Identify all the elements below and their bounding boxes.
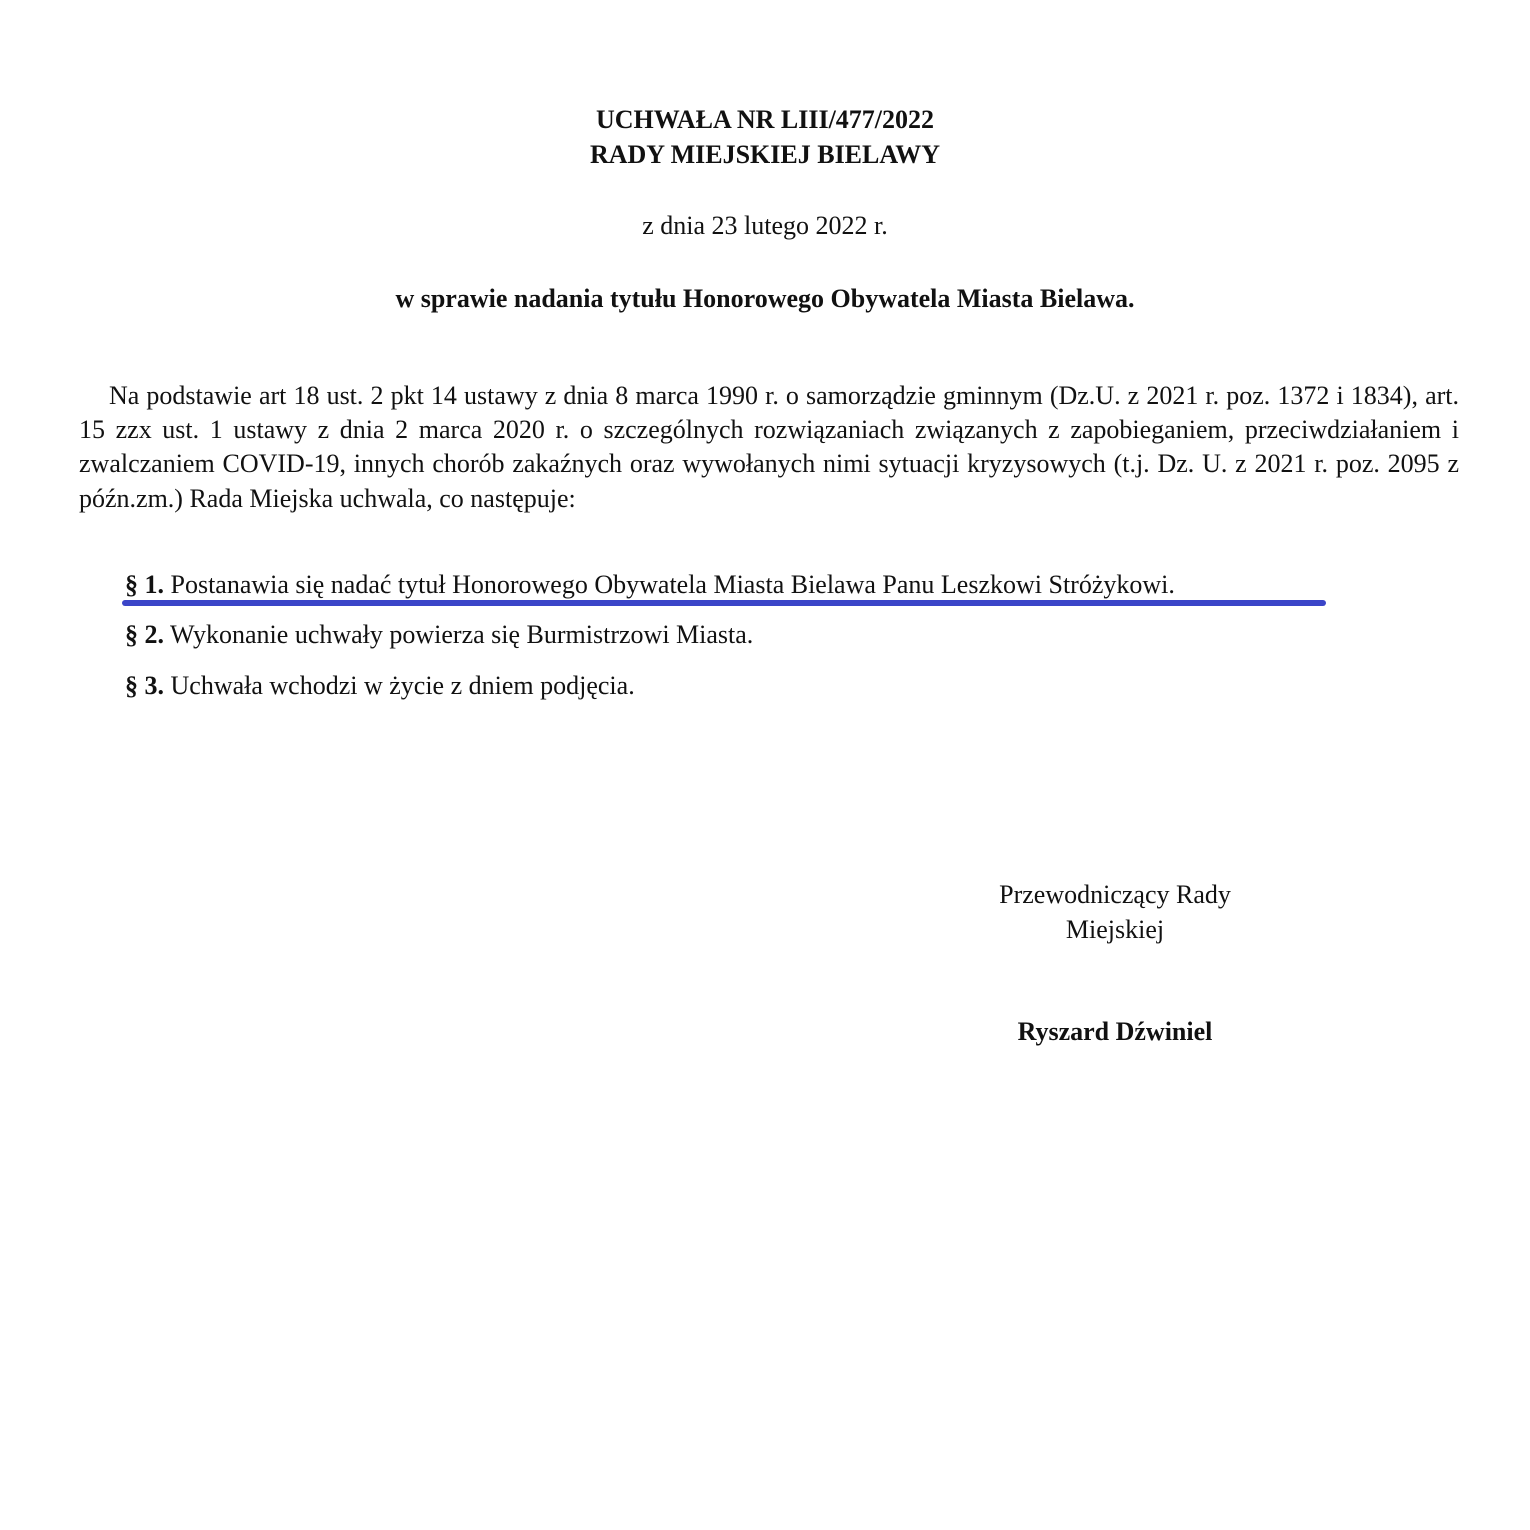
paragraph-text: Postanawia się nadać tytuł Honorowego Ob…: [164, 570, 1175, 599]
signature-role-line-2: Miejskiej: [960, 912, 1270, 947]
signature-role: Przewodniczący Rady Miejskiej: [960, 877, 1270, 947]
resolution-number: UCHWAŁA NR LIII/477/2022: [0, 102, 1530, 137]
resolution-date: z dnia 23 lutego 2022 r.: [0, 208, 1530, 243]
paragraph-number: § 2.: [125, 620, 164, 649]
signature-role-line-1: Przewodniczący Rady: [960, 877, 1270, 912]
paragraph-number: § 3.: [125, 671, 164, 700]
paragraph-3: § 3. Uchwała wchodzi w życie z dniem pod…: [125, 668, 635, 703]
paragraph-2: § 2. Wykonanie uchwały powierza się Burm…: [125, 617, 753, 652]
paragraph-1: § 1. Postanawia się nadać tytuł Honorowe…: [125, 567, 1175, 602]
legal-basis-preamble: Na podstawie art 18 ust. 2 pkt 14 ustawy…: [79, 379, 1459, 516]
council-name: RADY MIEJSKIEJ BIELAWY: [0, 137, 1530, 172]
signatory-name: Ryszard Dźwiniel: [960, 1014, 1270, 1049]
resolution-title: UCHWAŁA NR LIII/477/2022 RADY MIEJSKIEJ …: [0, 102, 1530, 172]
paragraph-text: Uchwała wchodzi w życie z dniem podjęcia…: [164, 671, 635, 700]
document-page: UCHWAŁA NR LIII/477/2022 RADY MIEJSKIEJ …: [0, 0, 1530, 1530]
paragraph-text: Wykonanie uchwały powierza się Burmistrz…: [164, 620, 753, 649]
highlight-underline: [122, 600, 1326, 606]
paragraph-number: § 1.: [125, 570, 164, 599]
resolution-subject: w sprawie nadania tytułu Honorowego Obyw…: [0, 281, 1530, 316]
